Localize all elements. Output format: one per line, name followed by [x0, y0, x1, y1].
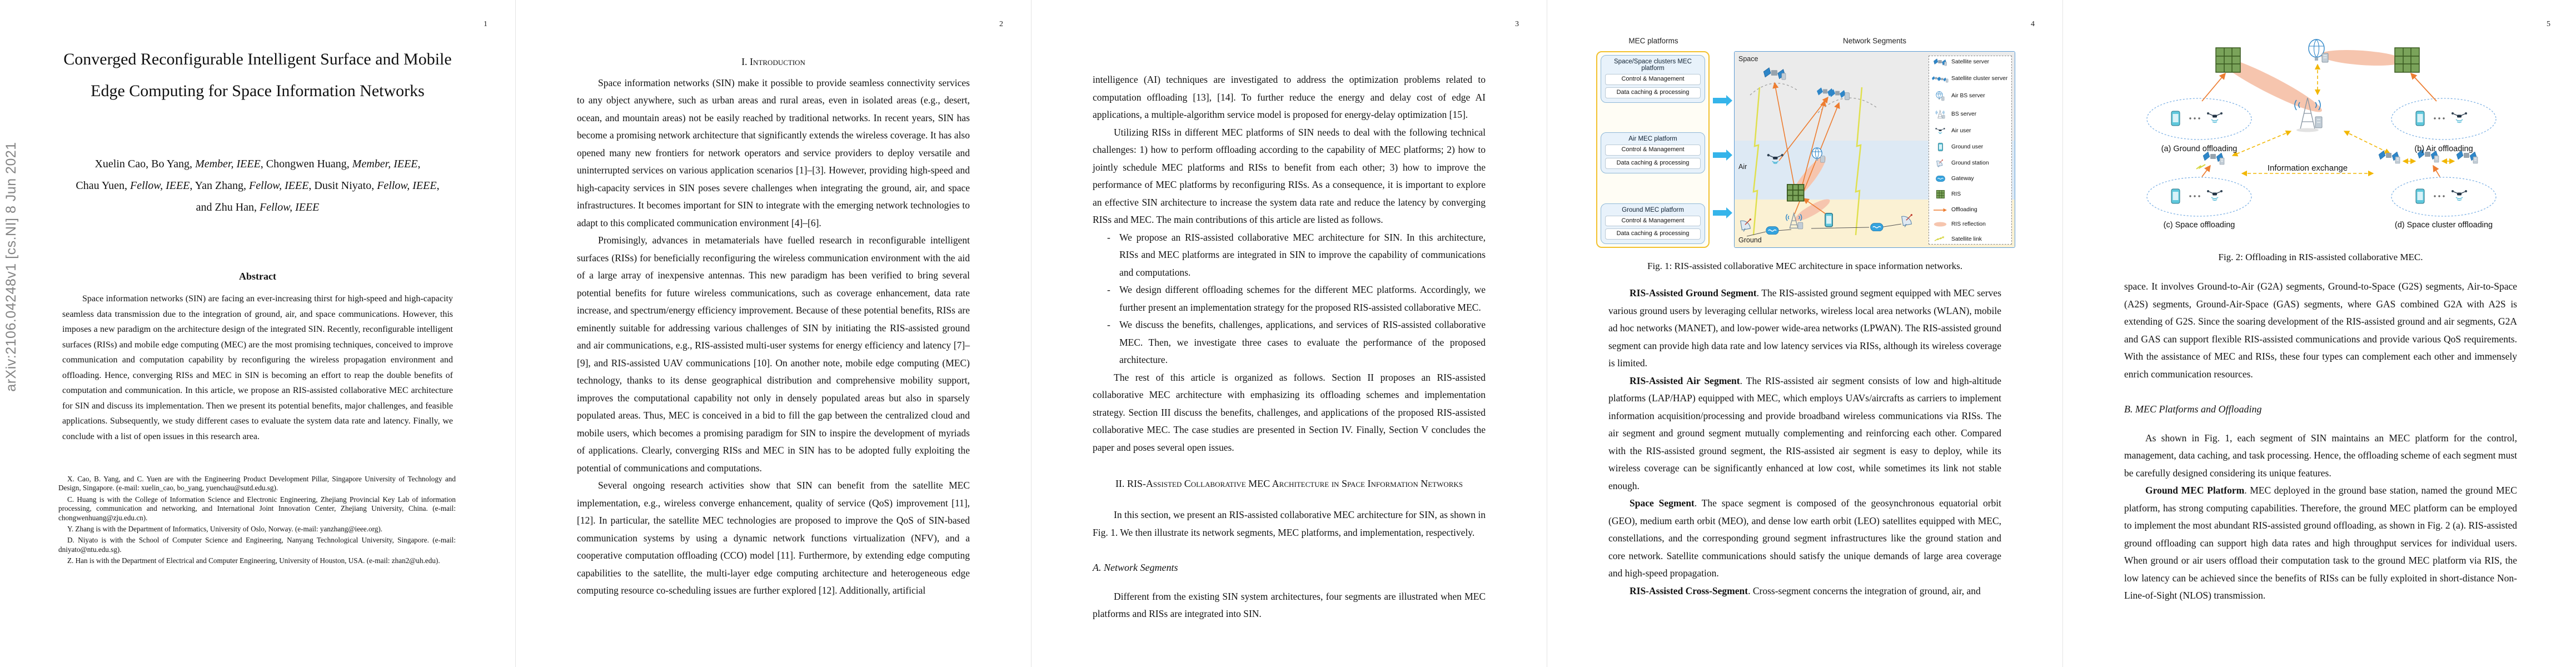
- legend-item: Satellite server: [1932, 58, 2009, 66]
- paragraph: The rest of this article is organized as…: [1093, 369, 1486, 457]
- air-bs-server-icon: [1811, 147, 1826, 166]
- bs-icon: [1932, 109, 1949, 119]
- offloading-arrow: [2433, 166, 2440, 177]
- network-segments-title: Network Segments: [1734, 37, 2015, 45]
- legend-label: Air BS server: [1951, 93, 1985, 99]
- page-5-column: space. It involves Ground-to-Air (G2A) s…: [2124, 278, 2517, 605]
- ground-user-icon: [1825, 213, 1833, 230]
- page-4: 4 MEC platforms Network Segments Space/S…: [1547, 0, 2062, 667]
- offloading-arrow: [2411, 73, 2437, 101]
- air-user-icon: [1932, 127, 1949, 135]
- legend-item: Gateway: [1932, 176, 2009, 182]
- air-offloading-label: (b) Air offloading: [2414, 145, 2473, 153]
- mec-platform-title: Space/Space clusters MEC platform: [1604, 58, 1702, 72]
- legend-label: BS server: [1951, 111, 1976, 117]
- mec-platforms-box: Space/Space clusters MEC platformControl…: [1596, 51, 1710, 248]
- figure-1: MEC platforms Network Segments Space/Spa…: [1595, 33, 2015, 251]
- bs-server-icon: [1786, 212, 1803, 232]
- satellite-server-icon: [1762, 66, 1787, 83]
- figure-1-legend: Satellite serverSatellite cluster server…: [1929, 56, 2012, 245]
- footnotes: X. Cao, B. Yang, and C. Yuen are with th…: [58, 475, 456, 568]
- ground-user-icon: [1932, 143, 1949, 151]
- mec-platform-box: Space/Space clusters MEC platformControl…: [1601, 55, 1705, 103]
- contribution-bullets: -We propose an RIS-assisted collaborativ…: [1093, 229, 1486, 369]
- paragraph: RIS-Assisted Air Segment. The RIS-assist…: [1608, 372, 2001, 495]
- bullet-item: -We discuss the benefits, challenges, ap…: [1107, 316, 1486, 369]
- ground-band-label: Ground: [1738, 236, 1762, 244]
- information-exchange-link: [2233, 131, 2291, 156]
- roadmap-paragraph: The rest of this article is organized as…: [1093, 369, 1486, 457]
- mec-platform-box: Air MEC platformControl & ManagementData…: [1601, 132, 1705, 173]
- arrow-right-icon: [1713, 210, 1726, 216]
- figure-1-caption: Fig. 1: RIS-assisted collaborative MEC a…: [1608, 261, 2001, 272]
- mec-platform-function: Data caching & processing: [1605, 158, 1701, 169]
- offloading-arrow: [2202, 73, 2225, 101]
- page-1: arXiv:2106.04248v1 [cs.NI] 8 Jun 2021 1 …: [0, 0, 515, 667]
- page-2: 2 I. Introduction Space information netw…: [515, 0, 1031, 667]
- mec-platform-function: Control & Management: [1605, 216, 1701, 227]
- paragraph: space. It involves Ground-to-Air (G2A) s…: [2124, 278, 2517, 383]
- footnote: C. Huang is with the College of Informat…: [58, 495, 456, 522]
- page-5: 5: [2062, 0, 2576, 667]
- paragraph: Ground MEC Platform. MEC deployed in the…: [2124, 482, 2517, 605]
- legend-label: Satellite cluster server: [1951, 76, 2007, 82]
- satellite-link-icon: [2196, 165, 2205, 169]
- cross-segment-continued: space. It involves Ground-to-Air (G2A) s…: [2124, 278, 2517, 383]
- paragraph: Space Segment. The space segment is comp…: [1608, 495, 2001, 583]
- legend-label: Satellite server: [1951, 59, 1989, 65]
- mec-platform-title: Ground MEC platform: [1604, 207, 1702, 213]
- information-exchange-link: [2344, 131, 2390, 153]
- ground-station-icon: [1900, 214, 1915, 230]
- satellite-cluster-icon: [2379, 151, 2400, 163]
- legend-item: RIS: [1932, 190, 2009, 198]
- paragraph: intelligence (AI) techniques are investi…: [1093, 71, 1486, 124]
- intro-paragraphs: Space information networks (SIN) make it…: [577, 74, 970, 600]
- legend-label: RIS reflection: [1951, 221, 1986, 227]
- legend-item: Air BS server: [1932, 91, 2009, 101]
- air-band-label: Air: [1738, 163, 1747, 171]
- ris-icon: [2216, 48, 2240, 72]
- legend-label: Ground user: [1951, 144, 1983, 150]
- mec-platform-function: Control & Management: [1605, 74, 1701, 85]
- author-line: and Zhu Han, Fellow, IEEE: [53, 197, 462, 218]
- legend-label: Gateway: [1951, 176, 1974, 182]
- legend-item: RIS reflection: [1932, 221, 2009, 227]
- mec-platform-title: Air MEC platform: [1604, 136, 1702, 142]
- legend-label: Ground station: [1951, 160, 1989, 166]
- paper-spread: arXiv:2106.04248v1 [cs.NI] 8 Jun 2021 1 …: [0, 0, 2576, 667]
- ground-station-icon: [1932, 160, 1949, 167]
- network-segments-panel: Space Air Ground: [1734, 51, 2015, 248]
- subheading-network-segments: A. Network Segments: [1093, 559, 1486, 577]
- paragraph: Space information networks (SIN) make it…: [577, 74, 970, 232]
- network-segments-paragraph: Different from the existing SIN system a…: [1093, 588, 1486, 623]
- paragraph: Promisingly, advances in metamaterials h…: [577, 232, 970, 477]
- footnote: X. Cao, B. Yang, and C. Yuen are with th…: [58, 475, 456, 493]
- mec-platform-function: Data caching & processing: [1605, 228, 1701, 240]
- paper-title: Converged Reconfigurable Intelligent Sur…: [53, 43, 462, 107]
- gateway-icon: [1870, 223, 1884, 234]
- section-1-heading: I. Introduction: [577, 53, 970, 71]
- footnote: Z. Han is with the Department of Electri…: [58, 556, 456, 565]
- space-band-label: Space: [1738, 55, 1758, 63]
- paragraph: As shown in Fig. 1, each segment of SIN …: [2124, 430, 2517, 482]
- gateway-icon: [1766, 226, 1779, 237]
- abstract-text: Space information networks (SIN) are fac…: [62, 291, 453, 444]
- paragraph: Several ongoing research activities show…: [577, 477, 970, 600]
- figure-2-canvas: Information exchange (a) Ground offloadi…: [2124, 36, 2517, 236]
- paragraph: Different from the existing SIN system a…: [1093, 588, 1486, 623]
- information-exchange-label: Information exchange: [2268, 163, 2348, 173]
- air-user-icon: [1767, 153, 1784, 168]
- mec-platform-paragraphs: As shown in Fig. 1, each segment of SIN …: [2124, 430, 2517, 605]
- legend-label: Satellite link: [1951, 236, 1982, 242]
- mec-platform-function: Data caching & processing: [1605, 87, 1701, 98]
- mec-platform-function: Control & Management: [1605, 145, 1701, 156]
- bullet-item: -We propose an RIS-assisted collaborativ…: [1107, 229, 1486, 282]
- page-number: 2: [999, 20, 1003, 29]
- paragraph: RIS-Assisted Ground Segment. The RIS-ass…: [1608, 285, 2001, 372]
- ris-reflection-beam: [2319, 48, 2404, 68]
- space-cluster-offloading-label: (d) Space cluster offloading: [2395, 221, 2493, 230]
- paragraph: Utilizing RISs in different MEC platform…: [1093, 124, 1486, 229]
- offloading-arrow: [2202, 166, 2210, 177]
- subheading-mec-platforms: B. MEC Platforms and Offloading: [2124, 401, 2517, 419]
- section-2-intro: In this section, we present an RIS-assis…: [1093, 506, 1486, 541]
- section-2-heading: II. RIS-Assisted Collaborative MEC Archi…: [1109, 474, 1469, 493]
- page-number: 3: [1515, 20, 1519, 29]
- mec-platforms-title: MEC platforms: [1595, 37, 1712, 45]
- ris-icon: [1787, 184, 1805, 205]
- offloading-icon: [1932, 208, 1949, 212]
- legend-label: RIS: [1951, 191, 1961, 197]
- legend-label: Offloading: [1951, 207, 1977, 213]
- space-offloading-label: (c) Space offloading: [2164, 221, 2235, 230]
- paragraphs-top: intelligence (AI) techniques are investi…: [1093, 71, 1486, 229]
- page-4-column: RIS-Assisted Ground Segment. The RIS-ass…: [1608, 285, 2001, 600]
- abstract-heading: Abstract: [61, 271, 454, 282]
- legend-item: Air user: [1932, 127, 2009, 135]
- air-bs-icon: [1932, 91, 1949, 101]
- figure-2-caption: Fig. 2: Offloading in RIS-assisted colla…: [2124, 252, 2517, 263]
- page-number: 1: [484, 20, 487, 29]
- gateway-icon: [1932, 176, 1949, 182]
- footnote: D. Niyato is with the School of Computer…: [58, 536, 456, 554]
- arrow-right-icon: [1713, 98, 1726, 103]
- arxiv-watermark: arXiv:2106.04248v1 [cs.NI] 8 Jun 2021: [3, 78, 19, 456]
- legend-item: BS server: [1932, 109, 2009, 119]
- page-3-column: intelligence (AI) techniques are investi…: [1093, 71, 1486, 623]
- figure-2: Information exchange (a) Ground offloadi…: [2124, 36, 2517, 236]
- paragraph: RIS-Assisted Cross-Segment. Cross-segmen…: [1608, 583, 2001, 600]
- satellite-icon: [1932, 58, 1949, 66]
- bs-server-icon: [2295, 98, 2322, 132]
- page-number: 5: [2547, 20, 2550, 29]
- paragraph: In this section, we present an RIS-assis…: [1093, 506, 1486, 541]
- author-list: Xuelin Cao, Bo Yang, Member, IEEE, Chong…: [53, 153, 462, 218]
- legend-item: Satellite link: [1932, 236, 2009, 242]
- author-line: Xuelin Cao, Bo Yang, Member, IEEE, Chong…: [53, 153, 462, 175]
- ris-icon: [1932, 190, 1949, 198]
- legend-item: Ground station: [1932, 160, 2009, 167]
- legend-label: Air user: [1951, 128, 1971, 134]
- footnote: Y. Zhang is with the Department of Infor…: [58, 525, 456, 534]
- arrow-right-icon: [1713, 152, 1726, 158]
- ground-offloading-label: (a) Ground offloading: [2161, 145, 2238, 153]
- mec-platform-box: Ground MEC platformControl & ManagementD…: [1601, 203, 1705, 245]
- air-bs-server-icon: [2309, 39, 2328, 62]
- legend-item: Ground user: [1932, 143, 2009, 151]
- author-line: Chau Yuen, Fellow, IEEE, Yan Zhang, Fell…: [53, 175, 462, 197]
- page-number: 4: [2031, 20, 2035, 29]
- ris-icon: [2395, 48, 2419, 72]
- ris-reflection-icon: [1932, 222, 1949, 227]
- satellite-link-icon: [1932, 236, 1949, 242]
- legend-item: Satellite cluster server: [1932, 74, 2009, 83]
- satellite-cluster-icon: [1932, 74, 1949, 83]
- bullet-item: -We design different offloading schemes …: [1107, 281, 1486, 316]
- ground-station-icon: [1739, 218, 1754, 235]
- satellite-cluster-server-icon: [1817, 84, 1850, 103]
- page-3: 3 intelligence (AI) techniques are inves…: [1031, 0, 1547, 667]
- legend-item: Offloading: [1932, 207, 2009, 213]
- page-2-column: I. Introduction Space information networ…: [577, 53, 970, 600]
